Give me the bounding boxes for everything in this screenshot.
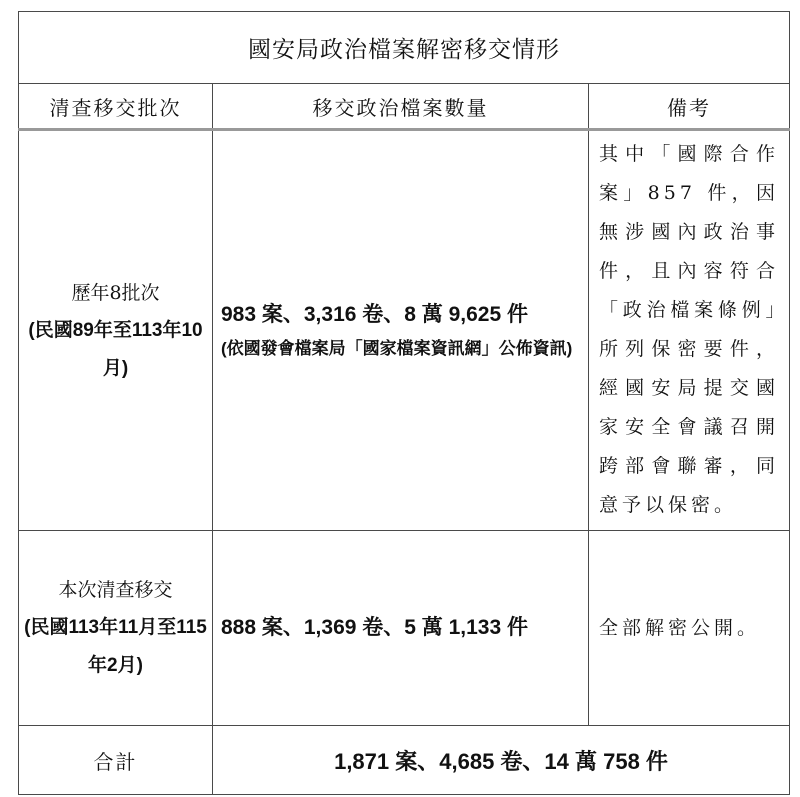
declassification-table: 國安局政治檔案解密移交情形 清查移交批次 移交政治檔案數量 備考 歷年8批次 (… [18,11,790,795]
remarks-cell: 其中「國際合作案」857 件，因無涉國內政治事件，且內容符合「政治檔案條例」所列… [589,130,790,531]
batch-range: (民國113年11月至115年2月) [19,609,212,685]
batch-range: (民國89年至113年10月) [19,312,212,388]
quantity-source: (依國發會檔案局「國家檔案資訊網」公佈資訊) [221,333,582,365]
quantity-value: 888 案、1,369 卷、5 萬 1,133 件 [221,610,582,646]
total-row: 合計 1,871 案、4,685 卷、14 萬 758 件 [19,726,790,795]
table-title: 國安局政治檔案解密移交情形 [19,12,790,84]
remarks-cell: 全部解密公開。 [589,531,790,726]
batch-name: 本次清查移交 [19,571,212,609]
table-row: 本次清查移交 (民國113年11月至115年2月) 888 案、1,369 卷、… [19,531,790,726]
batch-name: 歷年8批次 [19,274,212,312]
batch-cell: 本次清查移交 (民國113年11月至115年2月) [19,531,213,726]
title-row: 國安局政治檔案解密移交情形 [19,12,790,84]
total-value: 1,871 案、4,685 卷、14 萬 758 件 [213,726,790,795]
column-header-quantity: 移交政治檔案數量 [213,84,589,130]
column-header-batch: 清查移交批次 [19,84,213,130]
table-row: 歷年8批次 (民國89年至113年10月) 983 案、3,316 卷、8 萬 … [19,130,790,531]
quantity-cell: 983 案、3,316 卷、8 萬 9,625 件 (依國發會檔案局「國家檔案資… [213,130,589,531]
total-label: 合計 [19,726,213,795]
quantity-value: 983 案、3,316 卷、8 萬 9,625 件 [221,297,582,333]
column-header-remarks: 備考 [589,84,790,130]
header-row: 清查移交批次 移交政治檔案數量 備考 [19,84,790,130]
quantity-cell: 888 案、1,369 卷、5 萬 1,133 件 [213,531,589,726]
batch-cell: 歷年8批次 (民國89年至113年10月) [19,130,213,531]
